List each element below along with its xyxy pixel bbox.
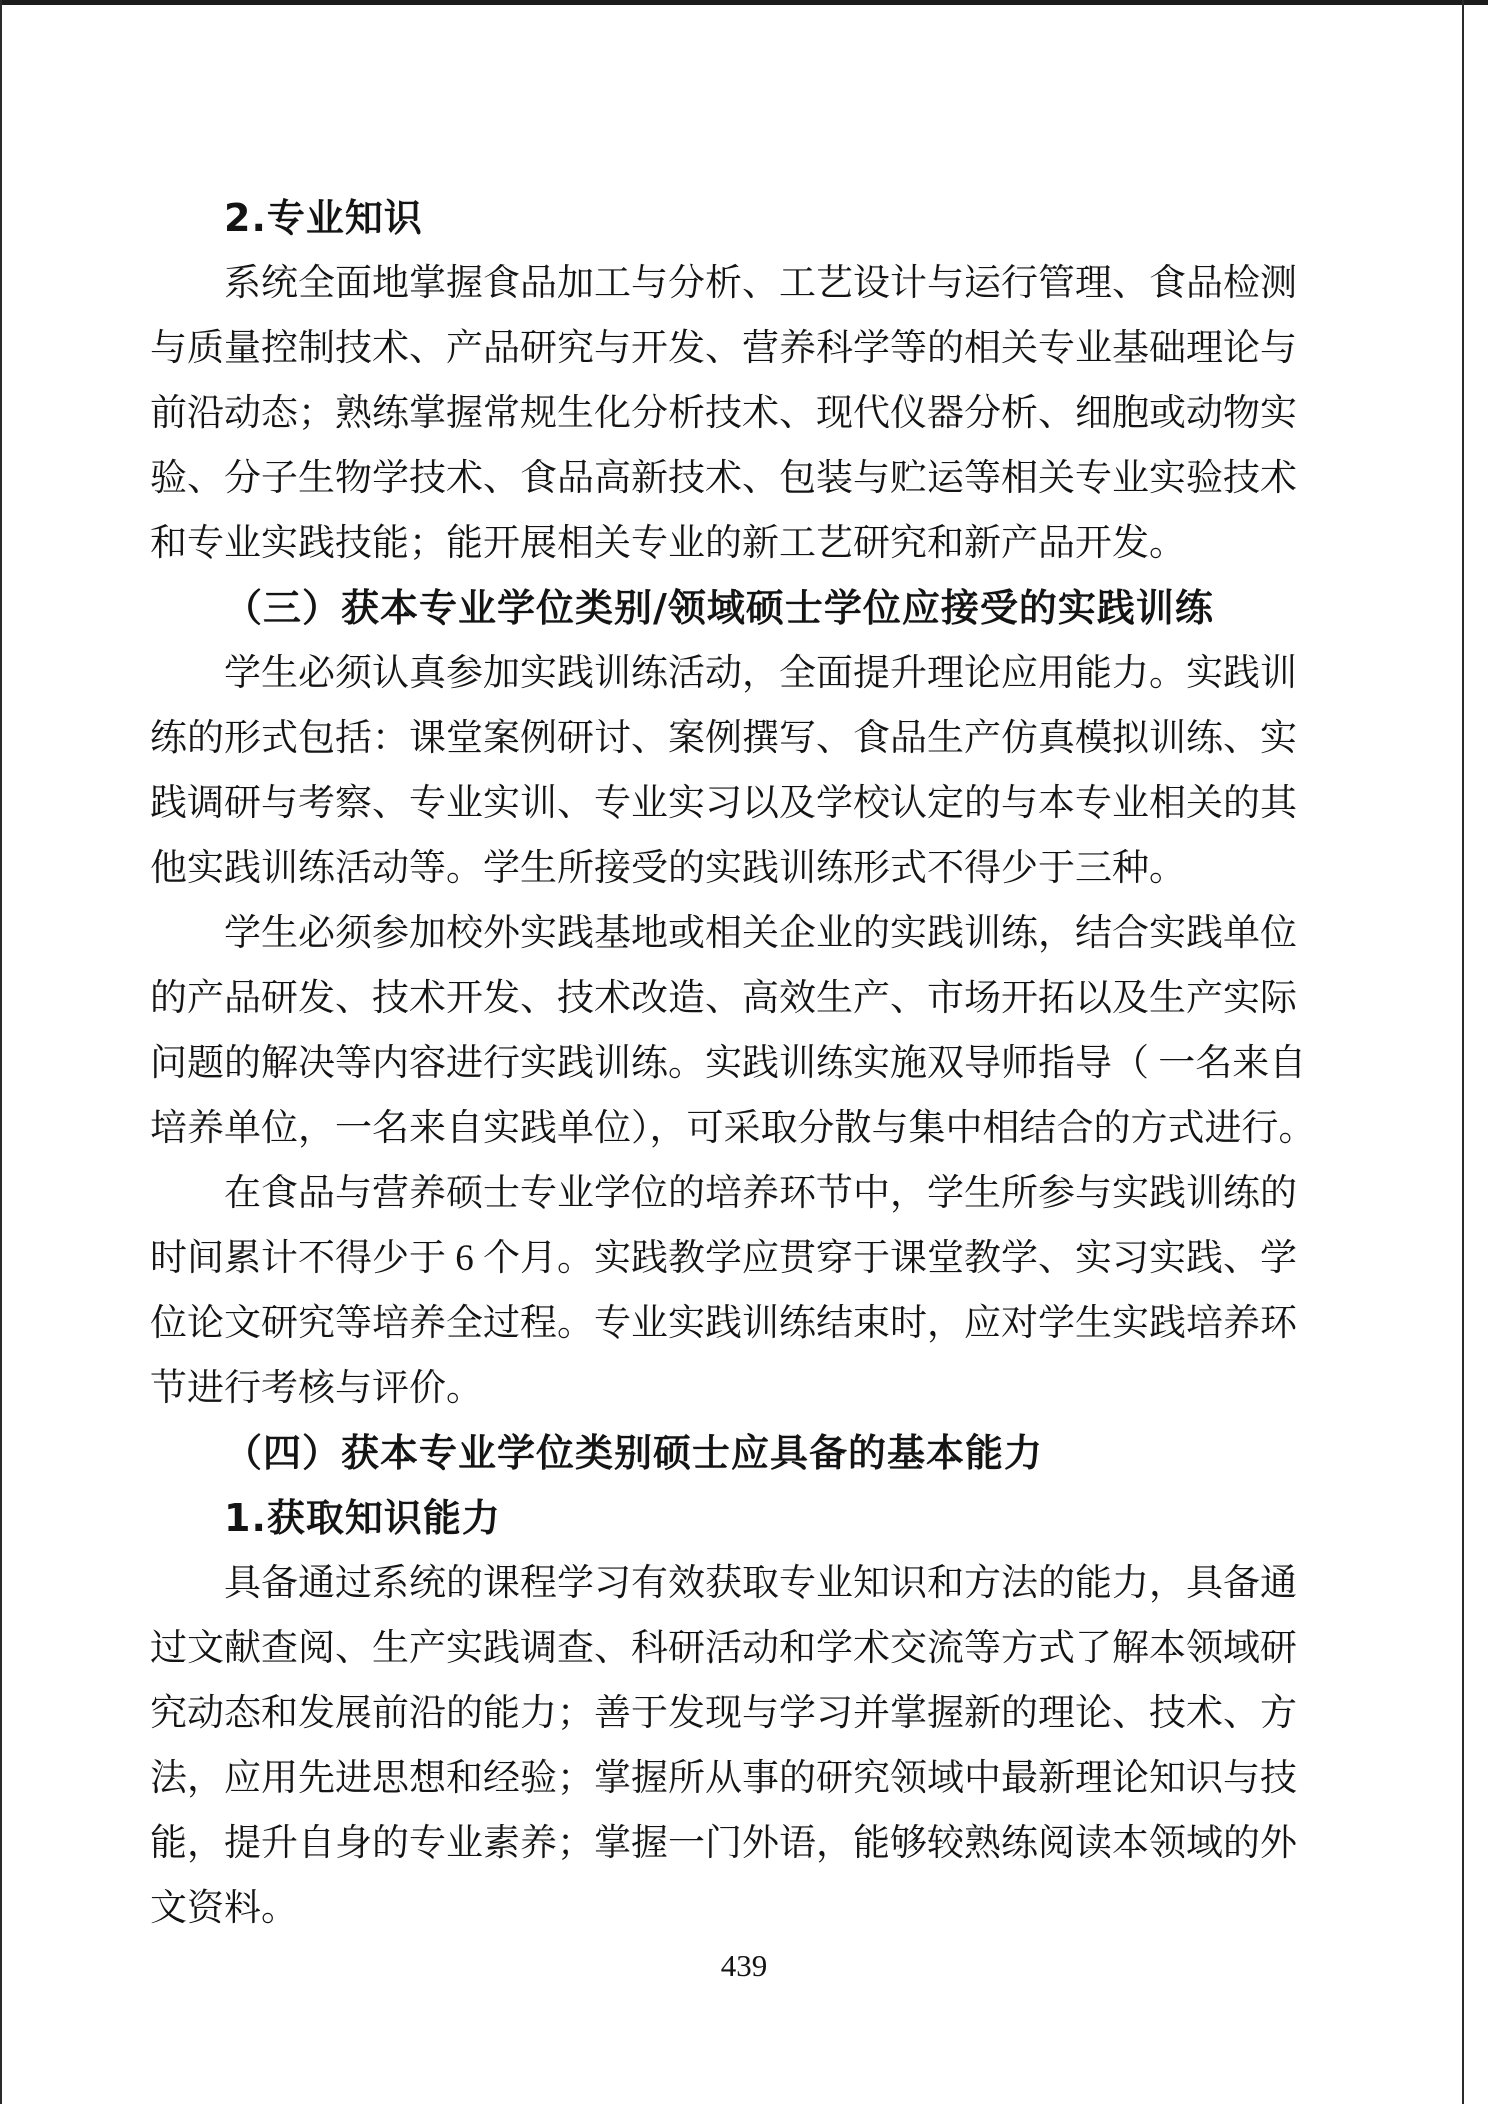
heading-basic-abilities: （四）获本专业学位类别硕士应具备的基本能力 <box>150 1421 1290 1486</box>
scan-top-border <box>0 0 1488 5</box>
paragraph-line: 节进行考核与评价。 <box>150 1356 1290 1421</box>
paragraph-line: 位论文研究等培养全过程。专业实践训练结束时，应对学生实践培养环 <box>150 1291 1290 1356</box>
paragraph-line: 问题的解决等内容进行实践训练。实践训练实施双导师指导（ 一名来自 <box>150 1031 1290 1096</box>
paragraph-line: 究动态和发展前沿的能力；善于发现与学习并掌握新的理论、技术、方 <box>150 1681 1290 1746</box>
paragraph-line: 学生必须参加校外实践基地或相关企业的实践训练，结合实践单位 <box>150 901 1290 966</box>
paragraph-line: 的产品研发、技术开发、技术改造、高效生产、市场开拓以及生产实际 <box>150 966 1290 1031</box>
heading-practice-training: （三）获本专业学位类别/领域硕士学位应接受的实践训练 <box>150 576 1290 641</box>
paragraph-line: 践调研与考察、专业实训、专业实习以及学校认定的与本专业相关的其 <box>150 771 1290 836</box>
paragraph-line: 他实践训练活动等。学生所接受的实践训练形式不得少于三种。 <box>150 836 1290 901</box>
paragraph-line: 过文献查阅、生产实践调查、科研活动和学术交流等方式了解本领域研 <box>150 1616 1290 1681</box>
paragraph-line: 前沿动态；熟练掌握常规生化分析技术、现代仪器分析、细胞或动物实 <box>150 381 1290 446</box>
page-number: 439 <box>0 1948 1488 1984</box>
scan-left-border <box>0 0 2 2104</box>
paragraph-line: 培养单位，一名来自实践单位），可采取分散与集中相结合的方式进行。 <box>150 1096 1290 1161</box>
page-body-text: 2.专业知识 系统全面地掌握食品加工与分析、工艺设计与运行管理、食品检测 与质量… <box>150 186 1290 1941</box>
paragraph-line: 在食品与营养硕士专业学位的培养环节中，学生所参与实践训练的 <box>150 1161 1290 1226</box>
paragraph-line: 文资料。 <box>150 1876 1290 1941</box>
scan-right-border <box>1462 0 1464 2104</box>
paragraph-line: 与质量控制技术、产品研究与开发、营养科学等的相关专业基础理论与 <box>150 316 1290 381</box>
paragraph-line: 时间累计不得少于 6 个月。实践教学应贯穿于课堂教学、实习实践、学 <box>150 1226 1290 1291</box>
paragraph-line: 学生必须认真参加实践训练活动，全面提升理论应用能力。实践训 <box>150 641 1290 706</box>
heading-professional-knowledge: 2.专业知识 <box>150 186 1290 251</box>
document-page: 2.专业知识 系统全面地掌握食品加工与分析、工艺设计与运行管理、食品检测 与质量… <box>0 0 1488 2104</box>
paragraph-line: 和专业实践技能；能开展相关专业的新工艺研究和新产品开发。 <box>150 511 1290 576</box>
paragraph-line: 具备通过系统的课程学习有效获取专业知识和方法的能力，具备通 <box>150 1551 1290 1616</box>
paragraph-line: 能，提升自身的专业素养；掌握一门外语，能够较熟练阅读本领域的外 <box>150 1811 1290 1876</box>
paragraph-line: 验、分子生物学技术、食品高新技术、包装与贮运等相关专业实验技术 <box>150 446 1290 511</box>
paragraph-line: 法，应用先进思想和经验；掌握所从事的研究领域中最新理论知识与技 <box>150 1746 1290 1811</box>
heading-knowledge-acquisition: 1.获取知识能力 <box>150 1486 1290 1551</box>
paragraph-line: 系统全面地掌握食品加工与分析、工艺设计与运行管理、食品检测 <box>150 251 1290 316</box>
paragraph-line: 练的形式包括：课堂案例研讨、案例撰写、食品生产仿真模拟训练、实 <box>150 706 1290 771</box>
